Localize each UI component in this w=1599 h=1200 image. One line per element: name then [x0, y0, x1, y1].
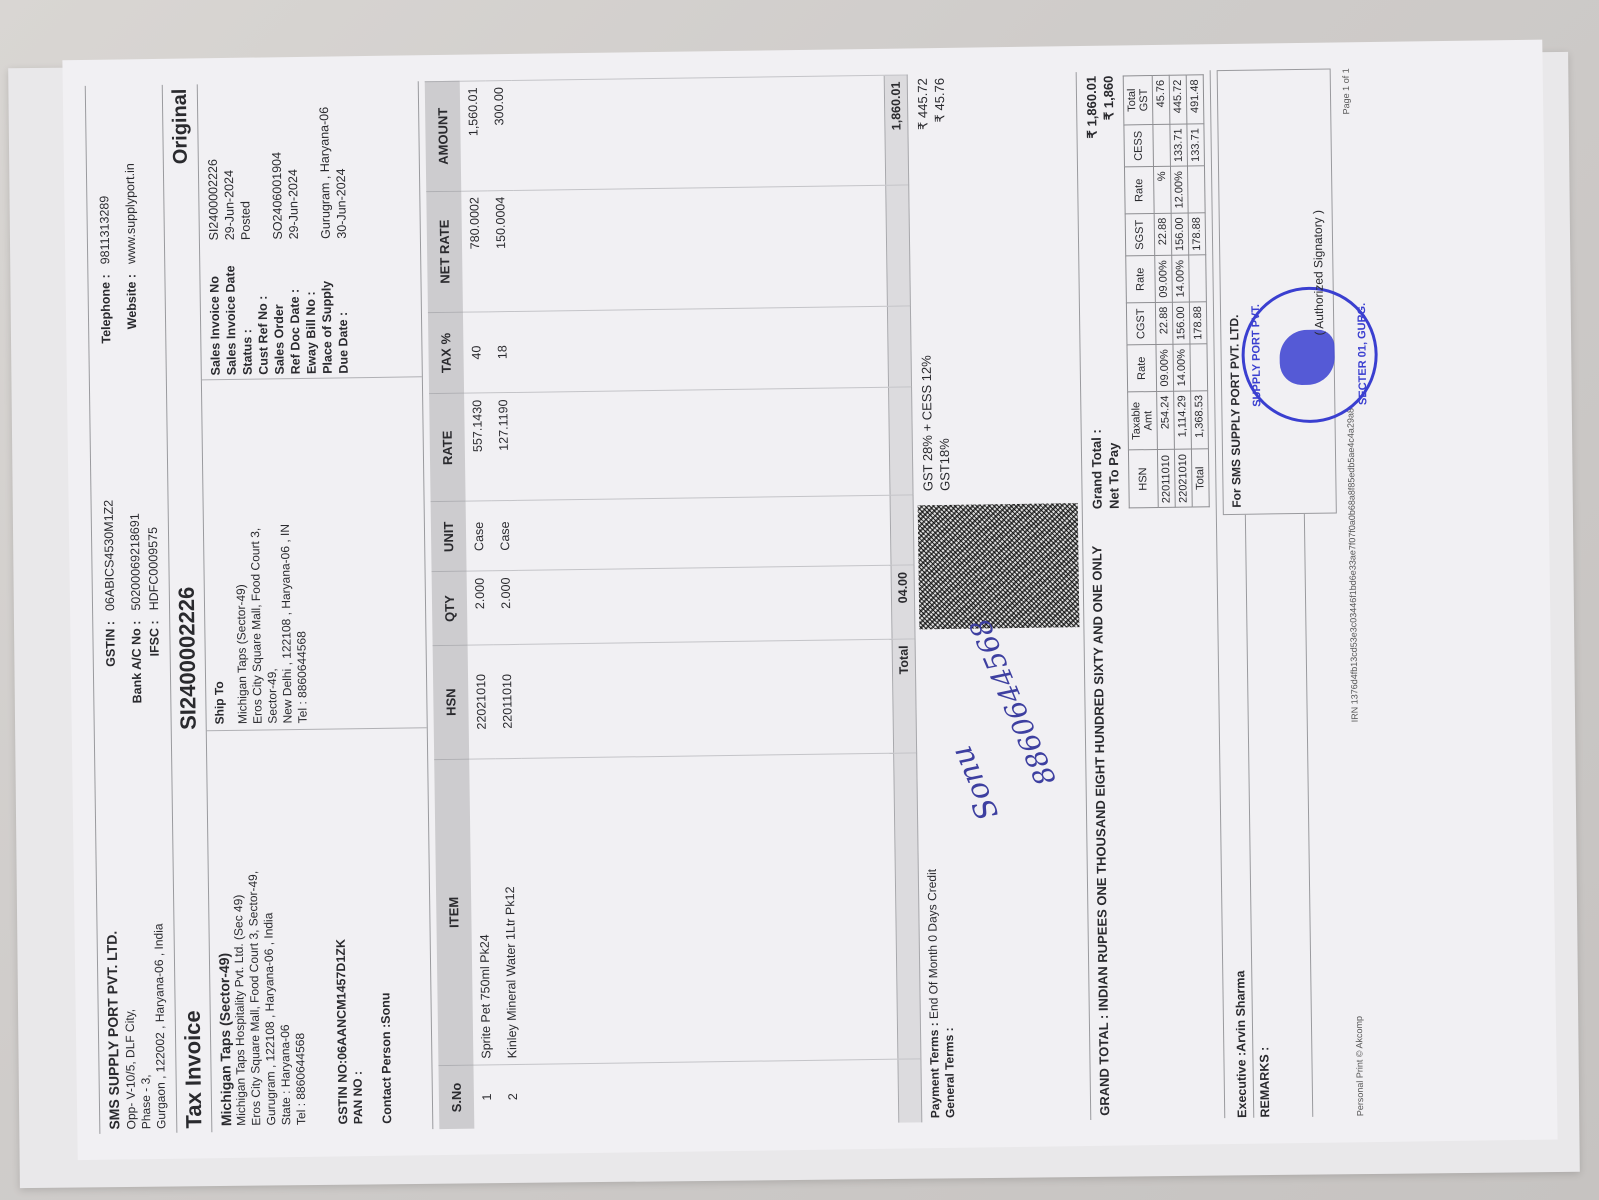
hsn-total-cell: Total: [1191, 449, 1209, 507]
column-header: UNIT: [430, 502, 466, 572]
ifsc-label: IFSC :: [145, 610, 165, 730]
ifsc-code: HDFC0009575: [141, 384, 162, 611]
meta-value: SI2400002226: [204, 159, 221, 241]
contact-person: Contact Person :Sonu: [374, 735, 393, 1124]
footer: Executive :Arvin Sharma REMARKS : For SM…: [1210, 69, 1345, 1119]
qr-code: [917, 503, 1079, 629]
hsn-cell: 156.00: [1171, 213, 1189, 256]
hsn-total-cell: 178.88: [1189, 302, 1207, 345]
table-cell: 1,560.01: [459, 81, 487, 191]
empty-cell: [521, 753, 898, 1065]
page-number: Page 1 of 1: [1340, 68, 1351, 114]
telephone-label: Telephone :: [96, 264, 116, 384]
company-name: SMS SUPPLY PORT PVT. LTD.: [100, 731, 122, 1130]
meta-label: Sales Invoice No: [205, 240, 223, 375]
meta-value: 30-Jun-2024: [332, 168, 349, 238]
authorized-signatory: ( Authorized Signatory ): [1310, 210, 1327, 336]
meta-label: Cust Ref No :: [253, 240, 271, 375]
meta-value: Posted: [237, 201, 254, 240]
table-cell: 300.00: [485, 80, 513, 190]
telephone: 9811313289: [93, 90, 113, 265]
total-cell: 04.00: [891, 565, 915, 639]
stamp-bottom-text: SECTER 01, GURG.: [1355, 289, 1369, 419]
meta-value: Gurugram , Haryana-06: [316, 107, 334, 239]
table-cell: 22011010: [493, 644, 521, 758]
hsn-cell: 14.00%: [1172, 344, 1190, 391]
meta-row: Place of SupplyGurugram , Haryana-06: [315, 86, 335, 373]
hsn-cell: 133.71: [1169, 124, 1187, 167]
hsn-cell: 1,114.29: [1173, 391, 1191, 450]
meta-label: Eway Bill No :: [301, 239, 319, 374]
hsn-cell: 445.72: [1169, 75, 1187, 124]
meta-row: Due Date :30-Jun-2024: [331, 86, 351, 373]
table-cell: 127.1190: [490, 393, 518, 501]
grand-total-label: Grand Total :: [1087, 429, 1105, 509]
column-header: QTY: [431, 572, 467, 646]
irn: IRN 1376d4fb13cd53e3c03446f1bd6e33ae7f07…: [1345, 408, 1359, 722]
hsn-header: CESS: [1123, 124, 1153, 167]
table-cell: 1: [473, 1065, 500, 1129]
hsn-cell: 09.00%: [1155, 345, 1173, 392]
hsn-cell: 14.00%: [1171, 255, 1189, 302]
column-header: ITEM: [434, 759, 473, 1066]
for-company: For SMS SUPPLY PORT PVT. LTD.: [1223, 77, 1244, 508]
hsn-header: Rate: [1125, 256, 1155, 303]
meta-label: Ref Doc Date :: [285, 239, 303, 374]
hsn-cell: 22011010: [1157, 450, 1175, 508]
hsn-header: Rate: [1124, 167, 1154, 214]
hsn-total-cell: [1189, 344, 1207, 391]
table-cell: 18: [488, 311, 515, 393]
column-header: TAX %: [427, 312, 463, 394]
empty-cell: [511, 75, 885, 190]
empty-cell: [525, 1059, 898, 1127]
signature-box: For SMS SUPPLY PORT PVT. LTD. SUPPLY POR…: [1216, 69, 1336, 515]
table-cell: Sprite Pet 750ml Pk24: [469, 758, 499, 1065]
hsn-header: SGST: [1125, 213, 1155, 256]
hsn-header: HSN: [1128, 450, 1158, 508]
hsn-total-cell: [1188, 255, 1206, 302]
hsn-cell: 09.00%: [1154, 256, 1172, 303]
print-credit: Personal Print © Akcomp: [1353, 1016, 1364, 1116]
column-header: AMOUNT: [424, 81, 461, 191]
total-cell: Total: [892, 639, 917, 753]
hsn-cell: 22021010: [1174, 449, 1192, 507]
tax-line-label: GST 28% + CESS 12%: [917, 355, 936, 491]
column-header: S.No: [438, 1065, 474, 1129]
hsn-cell: 45.76: [1152, 75, 1170, 124]
parties-section: Michigan Taps (Sector-49) Michigan Taps …: [197, 81, 433, 1132]
table-cell: 2.000: [466, 571, 493, 645]
empty-cell: [516, 388, 890, 501]
hsn-cell: 12.00%: [1170, 166, 1188, 213]
items-table: S.NoITEMHSNQTYUNITRATETAX %NET RATEAMOUN…: [424, 74, 922, 1129]
ship-to: Ship To Michigan Taps (Sector-49) Eros C…: [201, 377, 426, 731]
hsn-cell: [1152, 124, 1170, 167]
amount-words-section: GRAND TOTAL : INDIAN RUPEES ONE THOUSAND…: [1076, 70, 1225, 1120]
website-label: Website :: [122, 264, 142, 384]
empty-cell: [513, 185, 887, 311]
meta-value: 29-Jun-2024: [284, 169, 301, 239]
company-gstin: 06ABICS4530M1Z2: [97, 384, 118, 611]
stamp-top-text: SUPPLY PORT PVT.: [1249, 290, 1263, 420]
total-cell: [885, 185, 910, 306]
hsn-cell: 22.88: [1154, 213, 1172, 256]
gstin-label: GSTIN :: [101, 611, 121, 731]
table-cell: 2: [499, 1065, 526, 1129]
column-header: NET RATE: [426, 191, 463, 313]
hsn-cell: 22.88: [1155, 302, 1173, 345]
hsn-tax-table: HSNTaxable AmtRateCGSTRateSGSTRateCESSTo…: [1122, 74, 1209, 508]
stamp-logo-icon: [1279, 329, 1335, 385]
website: www.supplyport.in: [119, 89, 139, 264]
net-to-pay-value: ₹ 1,860: [1099, 76, 1117, 121]
empty-cell: [517, 496, 890, 571]
terms-section: Payment Terms : End Of Month 0 Days Cred…: [907, 72, 1091, 1122]
table-cell: 22021010: [467, 645, 495, 759]
tax-line-value: ₹ 45.76: [930, 78, 948, 123]
hsn-header: Rate: [1126, 345, 1156, 392]
tax-line-value: ₹ 445.72: [913, 78, 931, 130]
hsn-header: Total GST: [1123, 76, 1153, 125]
total-cell: [888, 387, 913, 495]
table-cell: 150.0004: [487, 190, 515, 312]
total-cell: [897, 1059, 921, 1123]
meta-label: Status :: [237, 240, 255, 375]
hsn-total-cell: 1,368.53: [1190, 390, 1208, 449]
invoice-page: SMS SUPPLY PORT PVT. LTD. Opp- V-10/5, D…: [62, 40, 1557, 1161]
company-stamp: SUPPLY PORT PVT. SECTER 01, GURG.: [1240, 286, 1378, 424]
meta-value: 29-Jun-2024: [220, 170, 237, 240]
empty-cell: [514, 306, 888, 393]
hsn-header: CGST: [1126, 302, 1156, 345]
table-cell: Kinley Mineral Water 1Ltr Pk12: [495, 758, 525, 1065]
hsn-total-cell: 133.71: [1186, 124, 1204, 167]
grand-total-value: ₹ 1,860.01: [1082, 76, 1100, 139]
net-to-pay-label: Net To Pay: [1104, 443, 1122, 509]
total-cell: 1,860.01: [884, 75, 909, 185]
remarks: REMARKS :: [1245, 514, 1312, 1118]
hsn-cell: 156.00: [1172, 302, 1190, 345]
column-header: HSN: [432, 645, 469, 759]
bill-to: Michigan Taps (Sector-49) Michigan Taps …: [206, 728, 432, 1133]
meta-label: Place of Supply: [317, 239, 335, 374]
total-cell: [887, 306, 911, 388]
table-cell: Case: [465, 501, 492, 571]
table-cell: Case: [491, 501, 518, 571]
hsn-total-cell: 491.48: [1186, 75, 1204, 124]
table-cell: 40: [462, 312, 489, 394]
tax-breakup: GST 28% + CESS 12%₹ 445.72GST18%₹ 45.76: [907, 72, 1081, 495]
tax-line-label: GST18%: [935, 438, 953, 491]
column-header: RATE: [429, 394, 466, 503]
meta-label: Sales Order: [269, 239, 287, 374]
meta-label: Due Date :: [333, 239, 351, 374]
table-cell: 557.1430: [464, 393, 492, 501]
total-cell: [890, 495, 914, 565]
invoice-number: SI2400002226: [170, 383, 201, 730]
invoice-meta: Sales Invoice NoSI2400002226Sales Invoic…: [197, 81, 421, 379]
total-cell: [893, 753, 920, 1060]
payment-terms-value: End Of Month 0 Days Credit: [924, 869, 940, 1019]
hsn-header: Taxable Amt: [1127, 391, 1157, 450]
meta-label: Sales Invoice Date: [221, 240, 239, 375]
amount-in-words: GRAND TOTAL : INDIAN RUPEES ONE THOUSAND…: [1088, 508, 1217, 1116]
copy-type: Original: [168, 88, 195, 383]
table-cell: 780.0002: [461, 190, 489, 312]
payment-terms-label: Payment Terms :: [926, 1022, 941, 1118]
company-header: SMS SUPPLY PORT PVT. LTD. Opp- V-10/5, D…: [84, 85, 177, 1134]
table-cell: 2.000: [492, 571, 519, 645]
hsn-total-cell: [1187, 166, 1205, 213]
empty-cell: [519, 639, 893, 758]
empty-cell: [518, 566, 891, 645]
hsn-total-cell: 178.88: [1188, 213, 1206, 256]
hsn-cell: %: [1153, 167, 1171, 214]
bank-label: Bank A/C No :: [127, 610, 147, 730]
doc-title: Tax Invoice: [175, 730, 207, 1129]
meta-value: SO2406001904: [268, 152, 285, 240]
hsn-cell: 254.24: [1156, 391, 1174, 450]
table-filler: [511, 75, 898, 1128]
